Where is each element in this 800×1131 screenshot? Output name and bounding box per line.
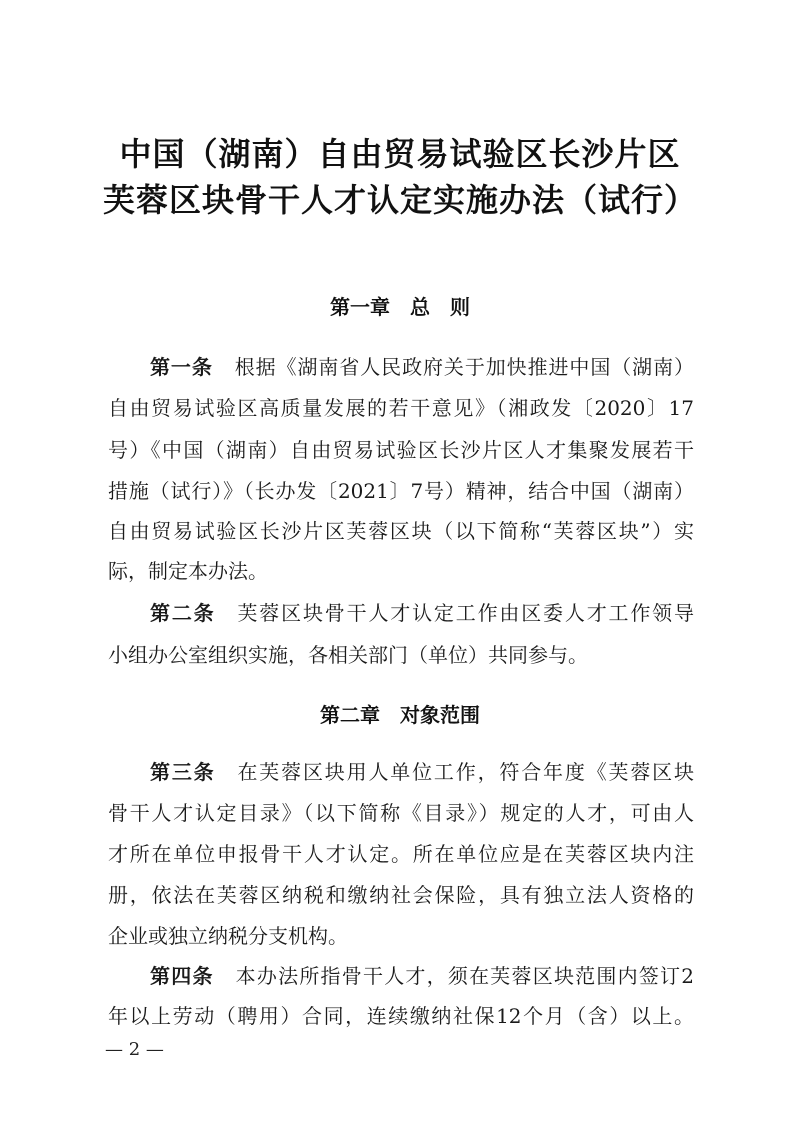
article-text: 在芙蓉区块用人单位工作，符合年度《芙蓉区块 <box>237 760 694 784</box>
article-3-line-3: 才所在单位申报骨干人才认定。所在单位应是在芙蓉区块内注 <box>108 839 694 869</box>
document-page: 中国（湖南）自由贸易试验区长沙片区 芙蓉区块骨干人才认定实施办法（试行） 第一章… <box>0 0 800 1131</box>
chapter-heading-2: 第二章 对象范围 <box>0 700 800 730</box>
article-label: 第四条 <box>150 964 214 988</box>
article-4-line-1: 第四条本办法所指骨干人才，须在芙蓉区块范围内签订2 <box>150 961 694 991</box>
article-1-line-5: 自由贸易试验区长沙片区芙蓉区块（以下简称“芙蓉区块”）实 <box>108 516 694 546</box>
article-1-line-6: 际，制定本办法。 <box>108 556 694 586</box>
article-4-line-2: 年以上劳动（聘用）合同，连续缴纳社保12个月（含）以上。 <box>108 1001 694 1031</box>
article-3-line-5: 企业或独立纳税分支机构。 <box>108 921 694 951</box>
article-text: 根据《湖南省人民政府关于加快推进中国（湖南） <box>235 355 694 379</box>
document-title-line-2: 芙蓉区块骨干人才认定实施办法（试行） <box>0 180 800 220</box>
article-3-line-2: 骨干人才认定目录》（以下简称《目录》）规定的人才，可由人 <box>108 798 694 828</box>
article-3-line-4: 册，依法在芙蓉区纳税和缴纳社会保险，具有独立法人资格的 <box>108 880 694 910</box>
article-2-line-2: 小组办公室组织实施，各相关部门（单位）共同参与。 <box>108 640 694 670</box>
article-label: 第二条 <box>150 601 215 625</box>
article-text: 本办法所指骨干人才，须在芙蓉区块范围内签订2 <box>236 964 694 988</box>
document-title-line-1: 中国（湖南）自由贸易试验区长沙片区 <box>0 134 800 174</box>
article-1-line-4: 措施（试行）》（长办发〔2021〕7号）精神，结合中国（湖南） <box>108 476 694 506</box>
article-text: 芙蓉区块骨干人才认定工作由区委人才工作领导 <box>237 601 694 625</box>
chapter-heading-1: 第一章 总 则 <box>0 292 800 322</box>
article-label: 第一条 <box>150 355 213 379</box>
article-3-line-1: 第三条在芙蓉区块用人单位工作，符合年度《芙蓉区块 <box>150 757 694 787</box>
article-1-line-3: 号）《中国（湖南）自由贸易试验区长沙片区人才集聚发展若干 <box>108 435 694 465</box>
article-1-line-1: 第一条根据《湖南省人民政府关于加快推进中国（湖南） <box>150 352 694 382</box>
article-label: 第三条 <box>150 760 215 784</box>
article-2-line-1: 第二条芙蓉区块骨干人才认定工作由区委人才工作领导 <box>150 598 694 628</box>
page-number: — 2 — <box>105 1037 164 1063</box>
article-1-line-2: 自由贸易试验区高质量发展的若干意见》（湘政发〔2020〕17 <box>108 393 694 423</box>
